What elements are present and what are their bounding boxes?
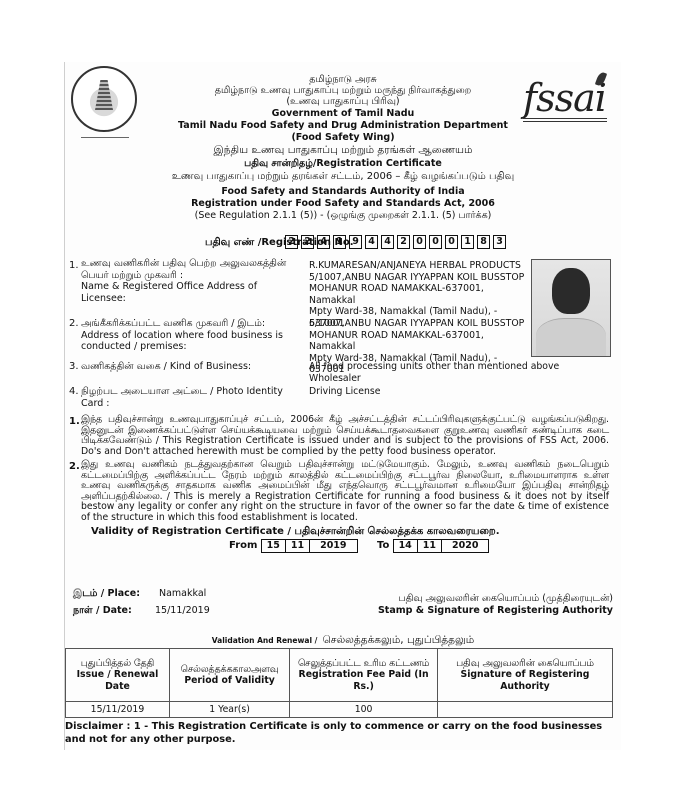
value-line: R.KUMARESAN/ANJANEYA HERBAL PRODUCTS bbox=[309, 260, 531, 272]
registration-digit: 0 bbox=[429, 235, 442, 249]
registration-digit: 0 bbox=[413, 235, 426, 249]
header-regulation: (See Regulation 2.1.1 (5)) - (ஒழுங்கு மு… bbox=[65, 210, 621, 221]
field-3-number: 3. bbox=[69, 361, 79, 372]
header-line-ta-3: (உணவு பாதுகாப்பு பிரிவு) bbox=[65, 96, 621, 107]
header-ta: புதுப்பித்தல் தேதி bbox=[68, 658, 167, 670]
registration-digit: 1 bbox=[461, 235, 474, 249]
signature-label-ta: பதிவு அலுவலரின் கையொப்பம் (முத்திரையுடன்… bbox=[365, 593, 613, 605]
from-month: 11 bbox=[286, 540, 310, 552]
field-1-number: 1. bbox=[69, 260, 79, 271]
header-authority-ta: இந்திய உணவு பாதுகாப்பு மற்றும் தரங்கள் ஆ… bbox=[65, 145, 621, 156]
header-ta: செலுத்தப்பட்ட உரிம கட்டணம் bbox=[292, 658, 435, 670]
to-month: 11 bbox=[418, 540, 442, 552]
value-line: MOHANUR ROAD NAMAKKAL-637001, Namakkal bbox=[309, 283, 531, 306]
field-1-label-en: Name & Registered Office Address of Lice… bbox=[81, 281, 303, 304]
header-wing: (Food Safety Wing) bbox=[65, 132, 621, 143]
value-line: 5/1007,ANBU NAGAR IYYAPPAN KOIL BUSSTOP bbox=[309, 272, 531, 284]
value-line: All food processing units other than men… bbox=[309, 361, 609, 373]
condition-1-number: 1. bbox=[69, 416, 80, 427]
header-registration-act: Registration under Food Safety and Stand… bbox=[65, 198, 621, 209]
field-4-label: நிழற்பட அடையாள அட்டை / Photo Identity Ca… bbox=[81, 386, 291, 409]
field-3-label: வணிகத்தின் வகை / Kind of Business: bbox=[81, 361, 301, 373]
field-2-label-ta: அங்கீகரிக்கப்பட்ட வணிக முகவரி / இடம்: bbox=[81, 318, 299, 330]
condition-1-text: இந்த பதிவுச்சான்று உணவுபாதுகாப்புச் சட்ட… bbox=[81, 415, 609, 457]
field-4-number: 4. bbox=[69, 386, 79, 397]
condition-2-number: 2. bbox=[69, 461, 80, 472]
registration-digit: 4 bbox=[381, 235, 394, 249]
col-fee: செலுத்தப்பட்ட உரிம கட்டணம்Registration F… bbox=[290, 649, 438, 702]
header-department: Tamil Nadu Food Safety and Drug Administ… bbox=[65, 120, 621, 131]
to-date-box: 14 11 2020 bbox=[393, 539, 490, 553]
header-ta: செல்லத்தக்ககாலஅளவு bbox=[172, 664, 287, 676]
header-act-ta: உணவு பாதுகாப்பு மற்றும் தரங்கள் சட்டம், … bbox=[65, 171, 621, 182]
date-value: 15/11/2019 bbox=[155, 605, 210, 616]
validity-to: To 14 11 2020 bbox=[377, 539, 489, 553]
col-signature: பதிவு அலுவலரின் கையொப்பம்Signature of Re… bbox=[437, 649, 612, 702]
col-issue-date: புதுப்பித்தல் தேதிIssue / Renewal Date bbox=[66, 649, 170, 702]
header-en: Period of Validity bbox=[172, 675, 287, 687]
from-date-box: 15 11 2019 bbox=[261, 539, 358, 553]
registration-digit: 4 bbox=[317, 235, 330, 249]
cell-fee: 100 bbox=[290, 702, 438, 718]
header-line-ta-2: தமிழ்நாடு உணவு பாதுகாப்பு மற்றும் மருந்த… bbox=[65, 85, 621, 96]
registration-digit: 2 bbox=[285, 235, 298, 249]
header-ta: பதிவு அலுவலரின் கையொப்பம் bbox=[440, 658, 610, 670]
photo-identity-card: Driving License bbox=[309, 386, 509, 398]
cell-signature bbox=[437, 702, 612, 718]
registration-certificate: fssai தமிழ்நாடு அரசு தமிழ்நாடு உணவு பாது… bbox=[64, 62, 621, 750]
place-value: Namakkal bbox=[159, 588, 206, 599]
registration-digit: 0 bbox=[445, 235, 458, 249]
field-2-number: 2. bbox=[69, 318, 79, 329]
certificate-title: பதிவு சான்றிதழ்/Registration Certificate bbox=[65, 158, 621, 169]
renewal-title-ta: செல்லத்தக்கலும், புதுப்பித்தலும் bbox=[322, 634, 474, 646]
table-row: 15/11/2019 1 Year(s) 100 bbox=[66, 702, 613, 718]
value-line: MOHANUR ROAD NAMAKKAL-637001, Namakkal bbox=[309, 330, 531, 353]
cell-period: 1 Year(s) bbox=[169, 702, 289, 718]
renewal-table-header: புதுப்பித்தல் தேதிIssue / Renewal Date ச… bbox=[66, 649, 613, 702]
validity-title: Validity of Registration Certificate / ப… bbox=[91, 526, 500, 538]
field-2-label-en: Address of location where food business … bbox=[81, 330, 299, 353]
condition-2-text: இது உணவு வணிகம் நடத்துவதற்கான வெறும் பதி… bbox=[81, 460, 609, 524]
value-line: 5/1007,ANBU NAGAR IYYAPPAN KOIL BUSSTOP bbox=[309, 318, 531, 330]
disclaimer: Disclaimer : 1 - This Registration Certi… bbox=[65, 721, 613, 746]
header-en: Issue / Renewal Date bbox=[68, 669, 167, 692]
to-day: 14 bbox=[394, 540, 418, 552]
to-label: To bbox=[377, 540, 389, 551]
header-fssai: Food Safety and Standards Authority of I… bbox=[65, 186, 621, 197]
col-period: செல்லத்தக்ககாலஅளவுPeriod of Validity bbox=[169, 649, 289, 702]
header-line-ta-1: தமிழ்நாடு அரசு bbox=[65, 74, 621, 85]
from-year: 2019 bbox=[310, 540, 356, 552]
field-1-label: உணவு வணிகரின் பதிவு பெற்ற அலுவலகத்தின் ப… bbox=[81, 258, 303, 304]
renewal-table: புதுப்பித்தல் தேதிIssue / Renewal Date ச… bbox=[65, 648, 613, 718]
field-2-label: அங்கீகரிக்கப்பட்ட வணிக முகவரி / இடம்: Ad… bbox=[81, 318, 299, 353]
licensee-photo bbox=[531, 259, 611, 357]
registration-digit: 9 bbox=[349, 235, 362, 249]
registration-digit: 3 bbox=[493, 235, 506, 249]
from-label: From bbox=[229, 540, 257, 551]
header-en: Signature of Registering Authority bbox=[440, 669, 610, 692]
header-government: Government of Tamil Nadu bbox=[65, 108, 621, 119]
registration-digit: 1 bbox=[333, 235, 346, 249]
registration-digit: 2 bbox=[397, 235, 410, 249]
from-day: 15 bbox=[262, 540, 286, 552]
registration-digit: 4 bbox=[365, 235, 378, 249]
renewal-title-en: Validation And Renewal / bbox=[212, 636, 318, 645]
validity-from: From 15 11 2019 bbox=[229, 539, 358, 553]
place-label: இடம் / Place: bbox=[73, 588, 140, 600]
to-year: 2020 bbox=[442, 540, 488, 552]
registration-digit: 8 bbox=[477, 235, 490, 249]
header-en: Registration Fee Paid (In Rs.) bbox=[292, 669, 435, 692]
kind-of-business: All food processing units other than men… bbox=[309, 361, 609, 384]
cell-issue-date: 15/11/2019 bbox=[66, 702, 170, 718]
field-1-label-ta: உணவு வணிகரின் பதிவு பெற்ற அலுவலகத்தின் ப… bbox=[81, 258, 303, 281]
signature-label-en: Stamp & Signature of Registering Authori… bbox=[365, 605, 613, 616]
registration-number: 22419442000183 bbox=[285, 235, 506, 249]
value-line: Wholesaler bbox=[309, 373, 609, 385]
date-label: நாள் / Date: bbox=[73, 605, 132, 617]
registration-digit: 2 bbox=[301, 235, 314, 249]
renewal-title: Validation And Renewal / செல்லத்தக்கலும்… bbox=[65, 628, 621, 647]
